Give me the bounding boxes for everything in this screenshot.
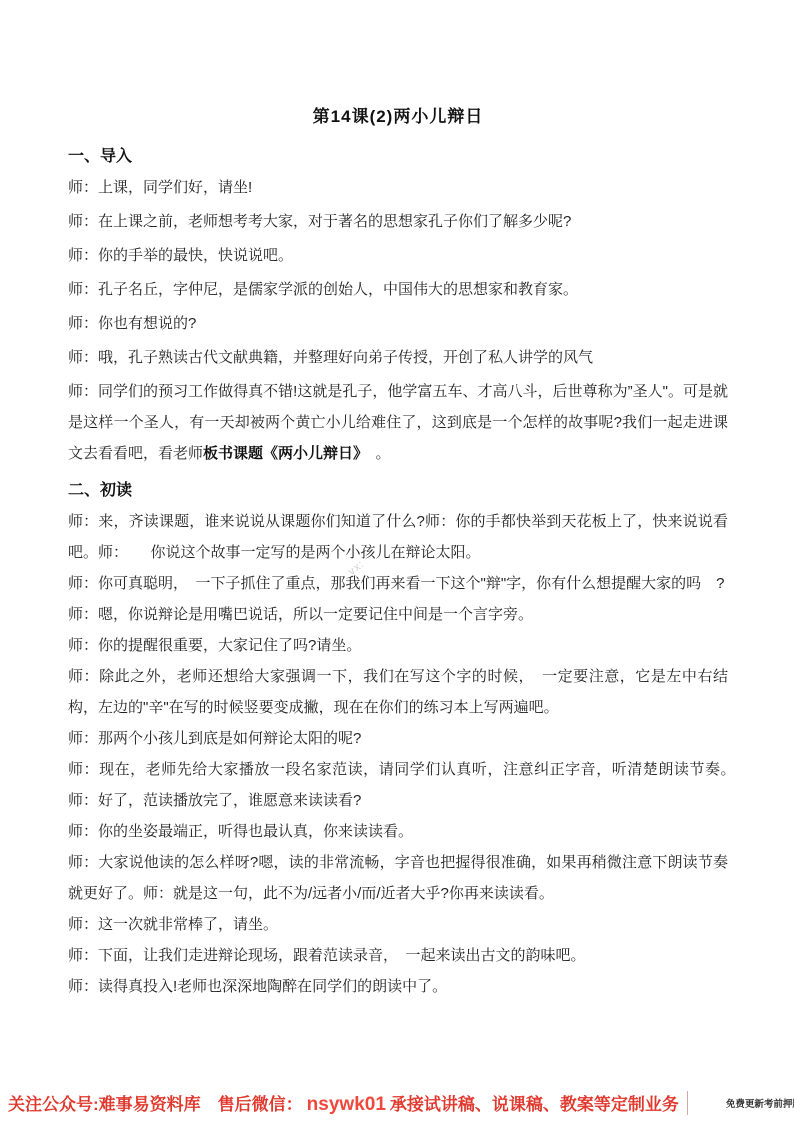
promo-footer: 关注公众号:难事易资料库 售后微信：nsywk01承接试讲稿、说课稿、教案等定制… (0, 1088, 794, 1118)
dialogue-line: 师：哦，孔子熟读古代文献典籍，并整理好向弟子传授，开创了私人讲学的风气 (68, 342, 728, 373)
dialogue-line: 师：在上课之前，老师想考考大家，对于著名的思想家孔子你们了解多少呢? (68, 206, 728, 237)
section-intro: 一、导入 师：上课，同学们好，请坐! 师：在上课之前，老师想考考大家，对于著名的… (68, 143, 728, 469)
dialogue-line: 师：下面，让我们走进辩论现场，跟着范读录音， 一起来读出古文的韵味吧。 (68, 940, 728, 971)
section-heading-first-reading: 二、初读 (68, 477, 728, 500)
footer-prefix: 关注公众号:难事易资料库 售后微信： (8, 1095, 303, 1114)
promo-footer-text: 关注公众号:难事易资料库 售后微信：nsywk01承接试讲稿、说课稿、教案等定制… (0, 1090, 679, 1116)
dialogue-line: 师：嗯，你说辩论是用嘴巴说话，所以一定要记住中间是一个言字旁。 (68, 599, 728, 630)
dialogue-line: 师：除此之外，老师还想给大家强调一下，我们在写这个字的时候， 一定要注意，它是左… (68, 661, 728, 723)
document-page: vx: 第14课(2)两小儿辩日 一、导入 师：上课，同学们好，请坐! 师：在上… (0, 0, 794, 1122)
board-writing-note: 板书课题《两小儿辩日》 (203, 445, 361, 462)
dialogue-line: 师：你也有想说的? (68, 308, 728, 339)
dialogue-line: 师：你可真聪明， 一下子抓住了重点，那我们再来看一下这个"辩"字，你有什么想提醒… (68, 568, 728, 599)
dialogue-line: 师：孔子名丘，字仲尼，是儒家学派的创始人，中国伟大的思想家和教育家。 (68, 274, 728, 305)
dialogue-line: 师：那两个小孩儿到底是如何辩论太阳的呢? (68, 723, 728, 754)
dialogue-line: 师：你的提醒很重要，大家记住了吗?请坐。 (68, 630, 728, 661)
footer-suffix: 承接试讲稿、说课稿、教案等定制业务 (390, 1095, 679, 1114)
dialogue-line: 师：现在，老师先给大家播放一段名家范读，请同学们认真听，注意纠正字音，听清楚朗读… (68, 754, 728, 816)
page-title: 第14课(2)两小儿辩日 (68, 102, 728, 127)
dialogue-text: 。 (361, 445, 391, 462)
wechat-id: nsywk01 (303, 1094, 390, 1115)
section-heading-intro: 一、导入 (68, 143, 728, 166)
dialogue-text: 师：同学们的预习工作做得真不错!这就是孔子，他学富五车、才高八斗，后世尊称为”圣… (68, 383, 728, 462)
dialogue-line: 师：这一次就非常棒了，请坐。 (68, 909, 728, 940)
section-first-reading: 二、初读 师：来，齐读课题，谁来说说从课题你们知道了什么?师：你的手都快举到天花… (68, 477, 728, 1002)
dialogue-line: 师：读得真投入!老师也深深地陶醉在同学们的朗读中了。 (68, 971, 728, 1002)
dialogue-line: 师：来，齐读课题，谁来说说从课题你们知道了什么?师：你的手都快举到天花板上了，快… (68, 506, 728, 568)
document-content: 第14课(2)两小儿辩日 一、导入 师：上课，同学们好，请坐! 师：在上课之前，… (68, 102, 728, 1002)
dialogue-line: 师：上课，同学们好，请坐! (68, 172, 728, 203)
footer-right-note: 免费更新考前押题 请加微信 a1 (688, 1096, 794, 1110)
dialogue-line: 师：你的坐姿最端正，听得也最认真，你来读读看。 (68, 816, 728, 847)
dialogue-line: 师：你的手举的最快，快说说吧。 (68, 240, 728, 271)
dialogue-line-composite: 师：同学们的预习工作做得真不错!这就是孔子，他学富五车、才高八斗，后世尊称为”圣… (68, 376, 728, 469)
dialogue-line: 师：大家说他读的怎么样呀?嗯，读的非常流畅，字音也把握得很准确，如果再稍微注意下… (68, 847, 728, 909)
